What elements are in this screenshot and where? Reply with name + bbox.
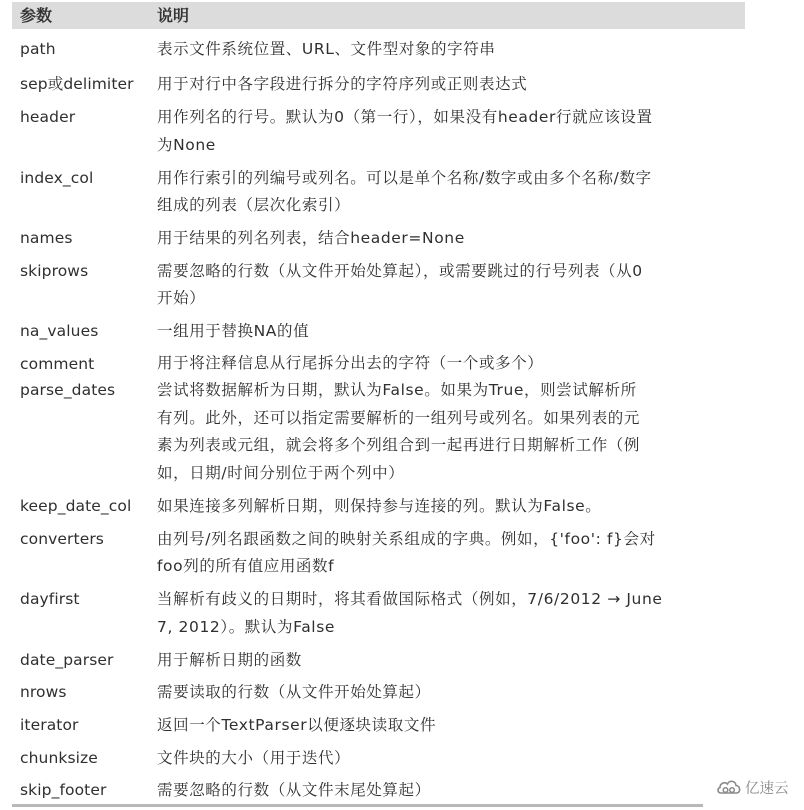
desc-converters-line2: foo列的所有值应用函数f: [157, 556, 334, 576]
param-chunksize: chunksize: [20, 748, 98, 768]
param-iterator: iterator: [20, 715, 79, 735]
param-converters: converters: [20, 529, 104, 549]
param-parse-dates: parse_dates: [20, 380, 115, 400]
desc-comment: 用于将注释信息从行尾拆分出去的字符（一个或多个）: [157, 353, 543, 373]
desc-sep: 用于对行中各字段进行拆分的字符序列或正则表达式: [157, 74, 527, 94]
desc-skip-footer: 需要忽略的行数（从文件末尾处算起）: [157, 780, 431, 800]
param-index-col: index_col: [20, 168, 93, 188]
param-header: header: [20, 107, 75, 127]
desc-index-col-line1: 用作行索引的列编号或列名。可以是单个名称/数字或由多个名称/数字: [157, 168, 652, 188]
desc-converters-line1: 由列号/列名跟函数之间的映射关系组成的字典。例如，{'foo': f}会对: [157, 529, 656, 549]
desc-chunksize: 文件块的大小（用于迭代）: [157, 748, 350, 768]
table-bottom-rule: [12, 804, 703, 807]
desc-parse-dates-line3: 素为列表或元组，就会将多个列组合到一起再进行日期解析工作（例: [157, 435, 640, 455]
desc-date-parser: 用于解析日期的函数: [157, 650, 302, 670]
param-sep: sep或delimiter: [20, 74, 134, 94]
param-na-values: na_values: [20, 321, 98, 341]
table-header: 参数 说明: [12, 2, 745, 29]
desc-header-line1: 用作列名的行号。默认为0（第一行），如果没有header行就应该设置: [157, 107, 653, 127]
param-date-parser: date_parser: [20, 650, 114, 670]
param-comment: comment: [20, 354, 94, 374]
param-skiprows: skiprows: [20, 261, 88, 281]
desc-parse-dates-line2: 有列。此外，还可以指定需要解析的一组列号或列名。如果列表的元: [157, 408, 640, 428]
desc-nrows: 需要读取的行数（从文件开始处算起）: [157, 682, 431, 702]
cloud-logo-icon: [716, 778, 742, 796]
param-dayfirst: dayfirst: [20, 589, 80, 609]
desc-names: 用于结果的列名列表，结合header=None: [157, 228, 465, 248]
param-skip-footer: skip_footer: [20, 780, 106, 800]
desc-dayfirst-line2: 7, 2012）。默认为False: [157, 617, 335, 637]
watermark-text: 亿速云: [745, 777, 789, 798]
desc-iterator: 返回一个TextParser以便逐块读取文件: [157, 715, 436, 735]
desc-header-line2: 为None: [157, 135, 216, 155]
desc-dayfirst-line1: 当解析有歧义的日期时，将其看做国际格式（例如，7/6/2012 → June: [157, 589, 663, 609]
desc-index-col-line2: 组成的列表（层次化索引）: [157, 195, 350, 215]
desc-parse-dates-line4: 如，日期/时间分别位于两个列中）: [157, 463, 404, 483]
desc-na-values: 一组用于替换NA的值: [157, 321, 309, 341]
desc-parse-dates-line1: 尝试将数据解析为日期，默认为False。如果为True，则尝试解析所: [157, 380, 637, 400]
watermark: 亿速云: [716, 774, 800, 800]
desc-skiprows-line1: 需要忽略的行数（从文件开始处算起），或需要跳过的行号列表（从0: [157, 261, 643, 281]
param-path: path: [20, 39, 56, 59]
header-param: 参数: [20, 2, 52, 29]
param-names: names: [20, 228, 73, 248]
param-keep-date-col: keep_date_col: [20, 496, 131, 516]
header-description: 说明: [157, 2, 189, 29]
param-nrows: nrows: [20, 682, 67, 702]
desc-keep-date-col: 如果连接多列解析日期，则保持参与连接的列。默认为False。: [157, 496, 601, 516]
desc-path: 表示文件系统位置、URL、文件型对象的字符串: [157, 39, 495, 59]
desc-skiprows-line2: 开始）: [157, 288, 205, 308]
